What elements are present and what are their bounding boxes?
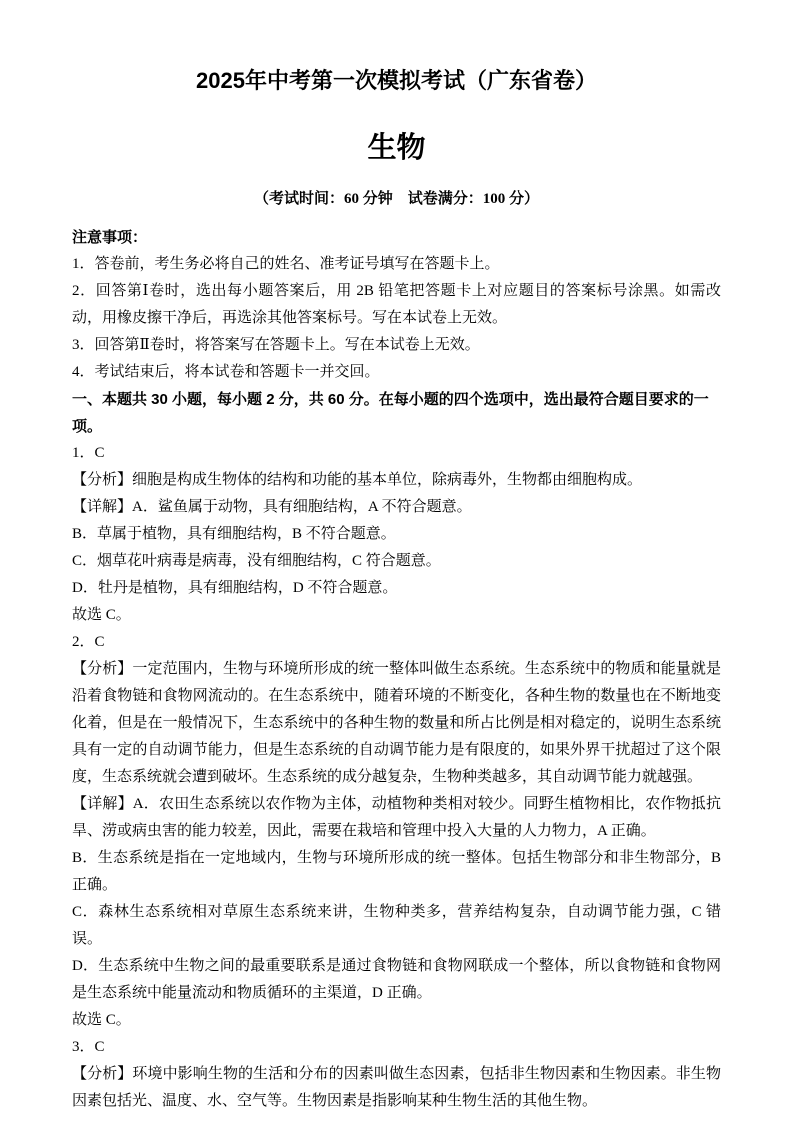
question-1-detail-b: B．草属于植物，具有细胞结构，B 不符合题意。	[72, 521, 721, 548]
question-1-analysis: 【分析】细胞是构成生物体的结构和功能的基本单位，除病毒外，生物都由细胞构成。	[72, 467, 721, 494]
section-heading: 一、本题共 30 小题，每小题 2 分，共 60 分。在每小题的四个选项中，选出…	[72, 386, 721, 440]
question-1-conclusion: 故选 C。	[72, 602, 721, 629]
question-1-detail-d: D．牡丹是植物，具有细胞结构，D 不符合题意。	[72, 575, 721, 602]
document-body: 注意事项： 1．答卷前，考生务必将自己的姓名、准考证号填写在答题卡上。 2．回答…	[72, 224, 721, 1115]
question-2-detail-b: B．生态系统是指在一定地域内，生物与环境所形成的统一整体。包括生物部分和非生物部…	[72, 845, 721, 899]
question-2-analysis: 【分析】一定范围内，生物与环境所形成的统一整体叫做生态系统。生态系统中的物质和能…	[72, 656, 721, 791]
question-2-detail-d: D．生态系统中生物之间的最重要联系是通过食物链和食物网联成一个整体，所以食物链和…	[72, 953, 721, 1007]
exam-title: 2025年中考第一次模拟考试（广东省卷）	[72, 66, 721, 96]
notice-item-4: 4．考试结束后，将本试卷和答题卡一并交回。	[72, 359, 721, 386]
question-2-detail-c: C．森林生态系统相对草原生态系统来讲，生物种类多，营养结构复杂，自动调节能力强，…	[72, 899, 721, 953]
notice-item-2: 2．回答第Ⅰ卷时，选出每小题答案后，用 2B 铅笔把答题卡上对应题目的答案标号涂…	[72, 278, 721, 332]
question-3-analysis: 【分析】环境中影响生物的生活和分布的因素叫做生态因素，包括非生物因素和生物因素。…	[72, 1061, 721, 1115]
notice-item-3: 3．回答第Ⅱ卷时，将答案写在答题卡上。写在本试卷上无效。	[72, 332, 721, 359]
notice-item-1: 1．答卷前，考生务必将自己的姓名、准考证号填写在答题卡上。	[72, 251, 721, 278]
notice-heading: 注意事项：	[72, 224, 721, 251]
question-1-detail-a: 【详解】A．鲨鱼属于动物，具有细胞结构，A 不符合题意。	[72, 494, 721, 521]
subject-title: 生物	[72, 128, 721, 168]
exam-paper-page: 2025年中考第一次模拟考试（广东省卷） 生物 （考试时间：60 分钟 试卷满分…	[0, 0, 793, 1122]
question-2-answer-line: 2．C	[72, 629, 721, 656]
question-3-answer-line: 3．C	[72, 1034, 721, 1061]
question-1-detail-c: C．烟草花叶病毒是病毒，没有细胞结构，C 符合题意。	[72, 548, 721, 575]
question-2-detail-a: 【详解】A．农田生态系统以农作物为主体，动植物种类相对较少。同野生植物相比，农作…	[72, 791, 721, 845]
question-2-conclusion: 故选 C。	[72, 1007, 721, 1034]
exam-info: （考试时间：60 分钟 试卷满分：100 分）	[72, 188, 721, 210]
question-1-answer-line: 1．C	[72, 440, 721, 467]
